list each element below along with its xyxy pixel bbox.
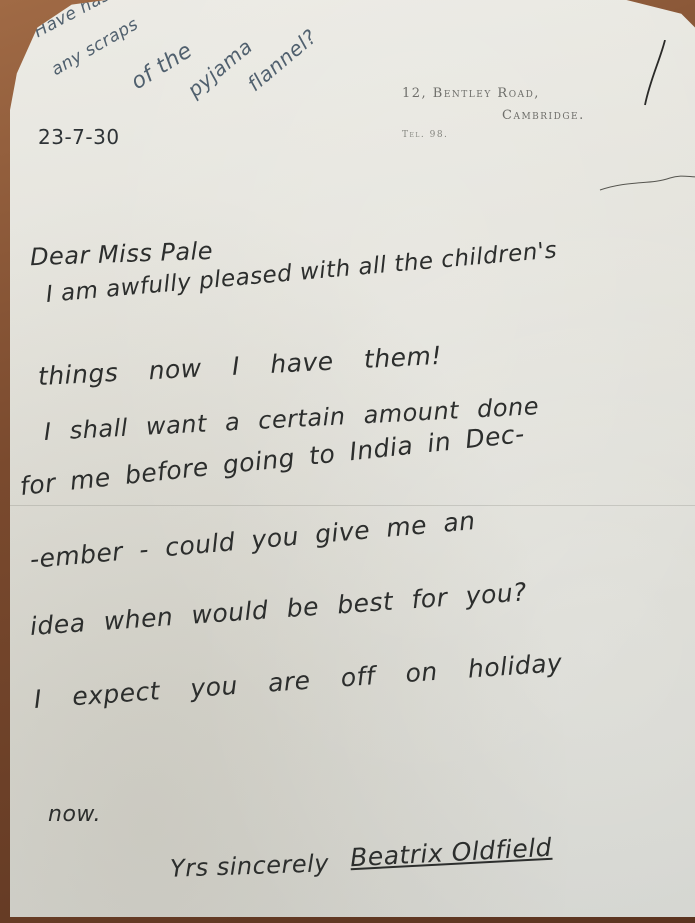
letterhead-address-line2: Cambridge. (502, 108, 585, 123)
letter-paper: 12, Bentley Road, Cambridge. Tel. 98. Ha… (10, 0, 695, 917)
letterhead-address-line1: 12, Bentley Road, (402, 86, 540, 101)
letterhead-telephone: Tel. 98. (402, 130, 448, 140)
closing: Yrs sincerely (170, 849, 330, 883)
body-line: now. (48, 802, 101, 827)
paper-fold-line (10, 505, 695, 506)
letter-date: 23-7-30 (38, 125, 120, 149)
